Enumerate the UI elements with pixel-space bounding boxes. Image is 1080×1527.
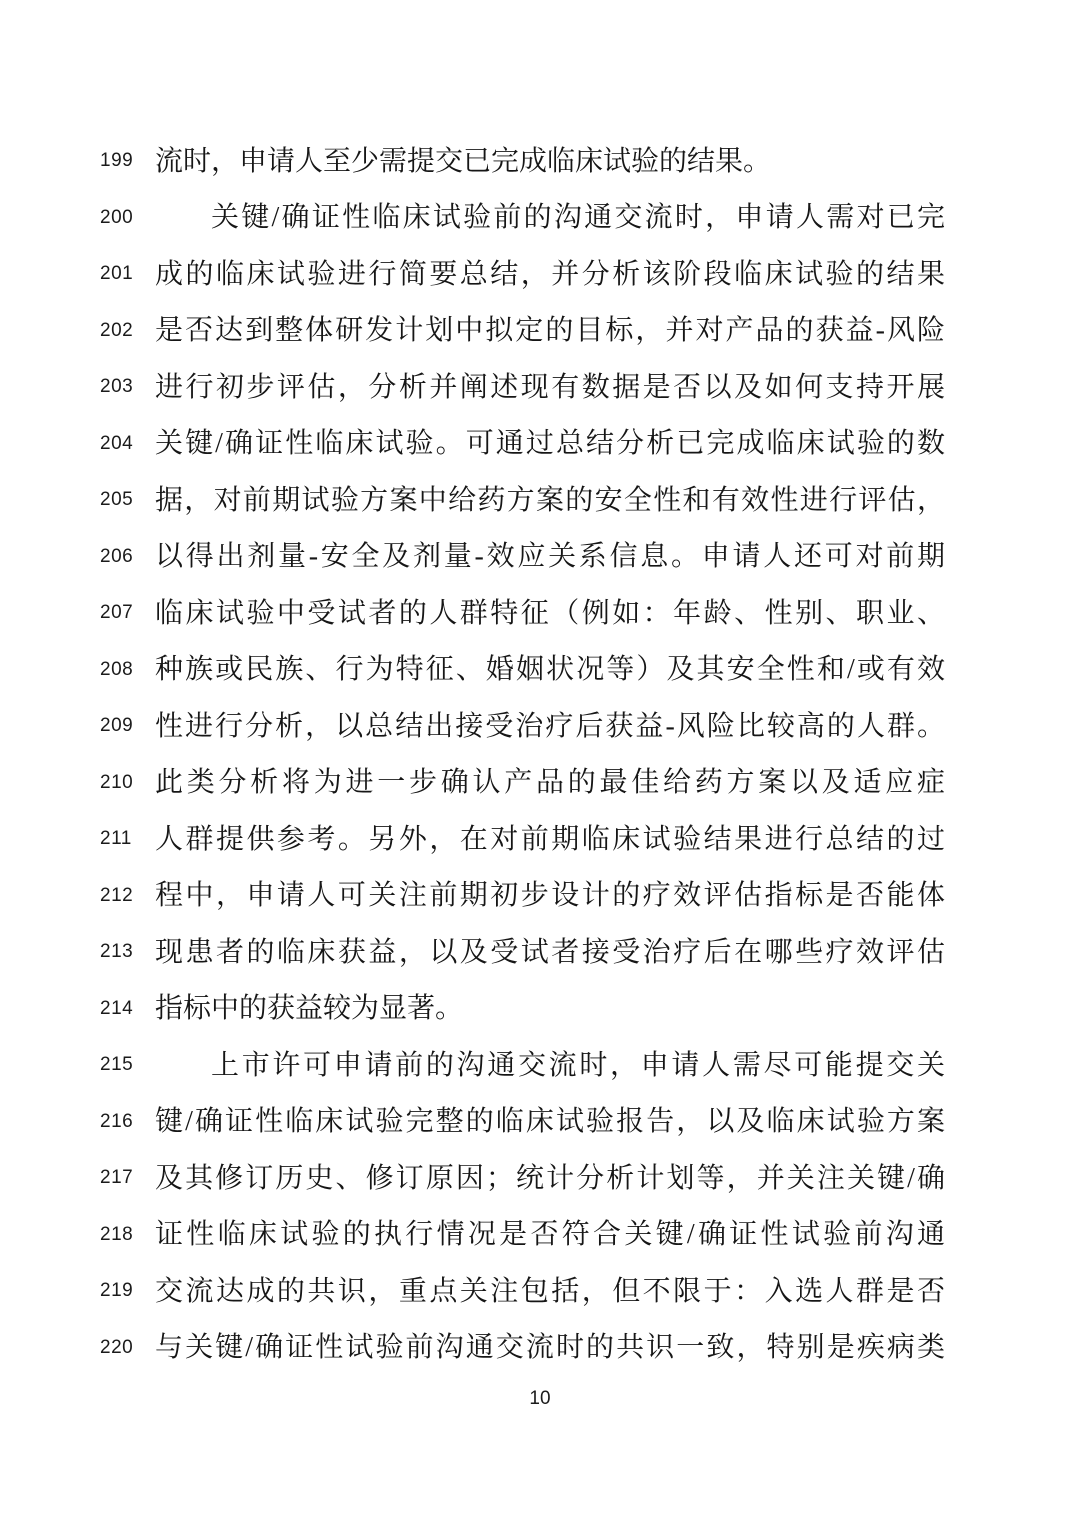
text-line: 210 此类分析将为进一步确认产品的最佳给药方案以及适应症 bbox=[0, 755, 1080, 812]
line-text: 进行初步评估，分析并阐述现有数据是否以及如何支持开展 bbox=[155, 370, 945, 405]
line-text: 上市许可申请前的沟通交流时，申请人需尽可能提交关 bbox=[155, 1048, 945, 1083]
line-text: 种族或民族、行为特征、婚姻状况等）及其安全性和/或有效 bbox=[155, 652, 945, 687]
line-number: 209 bbox=[100, 715, 155, 737]
line-number: 217 bbox=[100, 1167, 155, 1189]
text-line: 202 是否达到整体研发计划中拟定的目标，并对产品的获益-风险 bbox=[0, 303, 1080, 360]
line-text: 现患者的临床获益，以及受试者接受治疗后在哪些疗效评估 bbox=[155, 935, 945, 970]
text-line: 214 指标中的获益较为显著。 bbox=[0, 981, 1080, 1038]
text-line: 200 关键/确证性临床试验前的沟通交流时，申请人需对已完 bbox=[0, 190, 1080, 247]
line-text: 与关键/确证性试验前沟通交流时的共识一致，特别是疾病类 bbox=[155, 1330, 945, 1365]
line-number: 213 bbox=[100, 941, 155, 963]
line-text: 是否达到整体研发计划中拟定的目标，并对产品的获益-风险 bbox=[155, 313, 945, 348]
line-text: 键/确证性临床试验完整的临床试验报告，以及临床试验方案 bbox=[155, 1104, 945, 1139]
line-number: 206 bbox=[100, 546, 155, 568]
text-line: 212 程中，申请人可关注前期初步设计的疗效评估指标是否能体 bbox=[0, 868, 1080, 925]
text-line: 199 流时，申请人至少需提交已完成临床试验的结果。 bbox=[0, 133, 1080, 190]
line-number: 204 bbox=[100, 433, 155, 455]
text-line: 217 及其修订历史、修订原因；统计分析计划等，并关注关键/确 bbox=[0, 1150, 1080, 1207]
line-number: 210 bbox=[100, 772, 155, 794]
line-text: 证性临床试验的执行情况是否符合关键/确证性试验前沟通 bbox=[155, 1217, 945, 1252]
line-number: 219 bbox=[100, 1280, 155, 1302]
text-line: 215 上市许可申请前的沟通交流时，申请人需尽可能提交关 bbox=[0, 1037, 1080, 1094]
line-text: 交流达成的共识，重点关注包括，但不限于：入选人群是否 bbox=[155, 1274, 945, 1309]
line-number: 212 bbox=[100, 885, 155, 907]
line-number: 218 bbox=[100, 1224, 155, 1246]
text-line: 218 证性临床试验的执行情况是否符合关键/确证性试验前沟通 bbox=[0, 1207, 1080, 1264]
line-number: 216 bbox=[100, 1111, 155, 1133]
line-text: 人群提供参考。另外，在对前期临床试验结果进行总结的过 bbox=[155, 822, 945, 857]
line-text: 此类分析将为进一步确认产品的最佳给药方案以及适应症 bbox=[155, 765, 945, 800]
line-number: 205 bbox=[100, 489, 155, 511]
line-text: 性进行分析，以总结出接受治疗后获益-风险比较高的人群。 bbox=[155, 709, 945, 744]
text-line: 208 种族或民族、行为特征、婚姻状况等）及其安全性和/或有效 bbox=[0, 642, 1080, 699]
text-line: 203 进行初步评估，分析并阐述现有数据是否以及如何支持开展 bbox=[0, 359, 1080, 416]
line-text: 临床试验中受试者的人群特征（例如：年龄、性别、职业、 bbox=[155, 596, 945, 631]
line-number: 215 bbox=[100, 1054, 155, 1076]
line-text: 成的临床试验进行简要总结，并分析该阶段临床试验的结果 bbox=[155, 257, 945, 292]
line-number: 203 bbox=[100, 376, 155, 398]
document-page: 199 流时，申请人至少需提交已完成临床试验的结果。 200 关键/确证性临床试… bbox=[0, 0, 1080, 1527]
line-text: 程中，申请人可关注前期初步设计的疗效评估指标是否能体 bbox=[155, 878, 945, 913]
page-number: 10 bbox=[0, 1388, 1080, 1410]
line-number: 214 bbox=[100, 998, 155, 1020]
text-line: 213 现患者的临床获益，以及受试者接受治疗后在哪些疗效评估 bbox=[0, 924, 1080, 981]
line-number: 202 bbox=[100, 320, 155, 342]
text-line: 207 临床试验中受试者的人群特征（例如：年龄、性别、职业、 bbox=[0, 585, 1080, 642]
text-line: 201 成的临床试验进行简要总结，并分析该阶段临床试验的结果 bbox=[0, 246, 1080, 303]
text-line: 220 与关键/确证性试验前沟通交流时的共识一致，特别是疾病类 bbox=[0, 1320, 1080, 1377]
text-body: 199 流时，申请人至少需提交已完成临床试验的结果。 200 关键/确证性临床试… bbox=[0, 133, 1080, 1376]
line-text: 指标中的获益较为显著。 bbox=[155, 991, 945, 1026]
line-number: 220 bbox=[100, 1337, 155, 1359]
line-text: 以得出剂量-安全及剂量-效应关系信息。申请人还可对前期 bbox=[155, 539, 945, 574]
line-number: 207 bbox=[100, 602, 155, 624]
text-line: 206 以得出剂量-安全及剂量-效应关系信息。申请人还可对前期 bbox=[0, 529, 1080, 586]
line-text: 流时，申请人至少需提交已完成临床试验的结果。 bbox=[155, 144, 945, 179]
text-line: 209 性进行分析，以总结出接受治疗后获益-风险比较高的人群。 bbox=[0, 698, 1080, 755]
line-number: 200 bbox=[100, 207, 155, 229]
line-text: 关键/确证性临床试验前的沟通交流时，申请人需对已完 bbox=[155, 200, 945, 235]
text-line: 205 据，对前期试验方案中给药方案的安全性和有效性进行评估， bbox=[0, 472, 1080, 529]
line-text: 据，对前期试验方案中给药方案的安全性和有效性进行评估， bbox=[155, 483, 945, 518]
line-number: 201 bbox=[100, 263, 155, 285]
line-number: 208 bbox=[100, 659, 155, 681]
text-line: 216 键/确证性临床试验完整的临床试验报告，以及临床试验方案 bbox=[0, 1094, 1080, 1151]
text-line: 204 关键/确证性临床试验。可通过总结分析已完成临床试验的数 bbox=[0, 416, 1080, 473]
line-number: 211 bbox=[100, 828, 155, 850]
line-text: 及其修订历史、修订原因；统计分析计划等，并关注关键/确 bbox=[155, 1161, 945, 1196]
text-line: 219 交流达成的共识，重点关注包括，但不限于：入选人群是否 bbox=[0, 1263, 1080, 1320]
text-line: 211 人群提供参考。另外，在对前期临床试验结果进行总结的过 bbox=[0, 811, 1080, 868]
line-text: 关键/确证性临床试验。可通过总结分析已完成临床试验的数 bbox=[155, 426, 945, 461]
line-number: 199 bbox=[100, 150, 155, 172]
